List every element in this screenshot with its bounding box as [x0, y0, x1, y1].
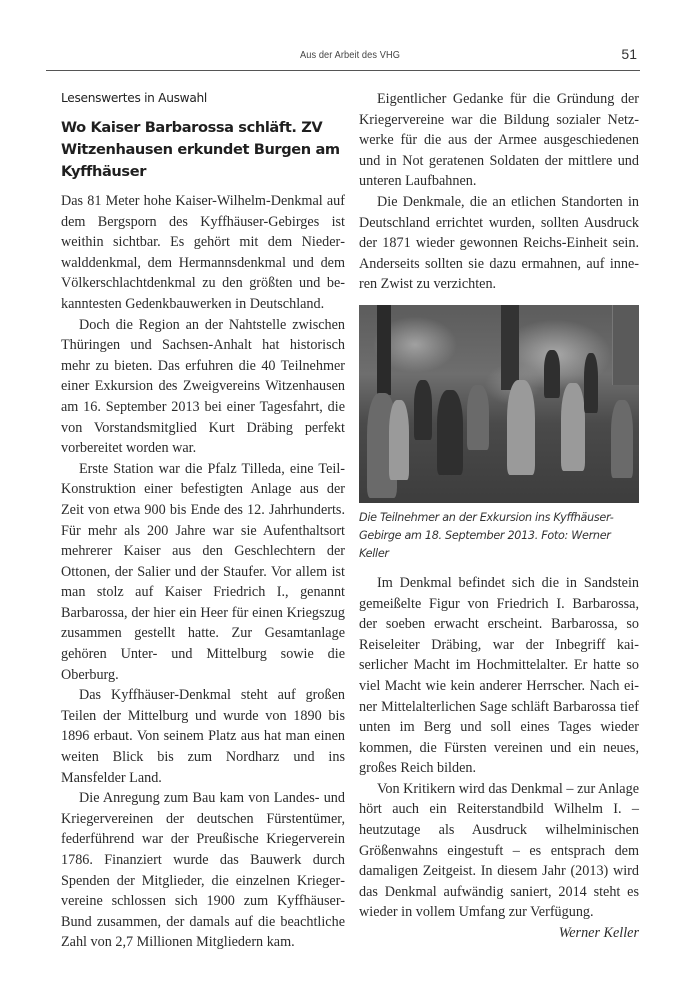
author-signature: Werner Keller	[359, 923, 639, 944]
paragraph: Eigentlicher Gedanke für die Gründung de…	[359, 89, 639, 192]
photo-caption: Die Teilnehmer an der Exkursion ins Kyff…	[359, 509, 639, 563]
paragraph: Die Denkmale, die an etlichen Standorten…	[359, 192, 639, 295]
right-column: Eigentlicher Gedanke für die Gründung de…	[359, 89, 639, 944]
section-title: Aus der Arbeit des VHG	[42, 49, 658, 61]
paragraph: Erste Station war die Pfalz Tilleda, ein…	[61, 459, 345, 686]
stone-wall	[612, 305, 639, 385]
person	[437, 390, 463, 475]
paragraph: Die Anregung zum Bau kam von Landes- und…	[61, 788, 345, 953]
person	[611, 400, 633, 478]
paragraph: Von Kritikern wird das Denkmal – zur An­…	[359, 779, 639, 923]
person	[467, 385, 489, 450]
person	[561, 383, 585, 471]
left-column: Lesenswertes in Auswahl Wo Kaiser Barbar…	[61, 89, 345, 953]
tree-trunk	[501, 305, 519, 390]
article-headline: Wo Kaiser Barbarossa schläft. ZV Witzen­…	[61, 117, 345, 183]
tree-trunk	[377, 305, 391, 395]
person	[584, 353, 598, 413]
paragraph: Das Kyffhäuser-Denkmal steht auf großen …	[61, 685, 345, 788]
person	[544, 350, 560, 398]
person	[507, 380, 535, 475]
group-photo	[359, 305, 639, 503]
header-divider	[46, 70, 640, 71]
person	[389, 400, 409, 480]
paragraph: Im Denkmal befindet sich die in Sandstei…	[359, 573, 639, 779]
paragraph: Das 81 Meter hohe Kaiser-Wilhelm-Denkmal…	[61, 191, 345, 315]
paragraph: Doch die Region an der Nahtstelle zwisch…	[61, 315, 345, 459]
person	[414, 380, 432, 440]
page-number: 51	[621, 46, 637, 62]
kicker: Lesenswertes in Auswahl	[61, 89, 345, 107]
